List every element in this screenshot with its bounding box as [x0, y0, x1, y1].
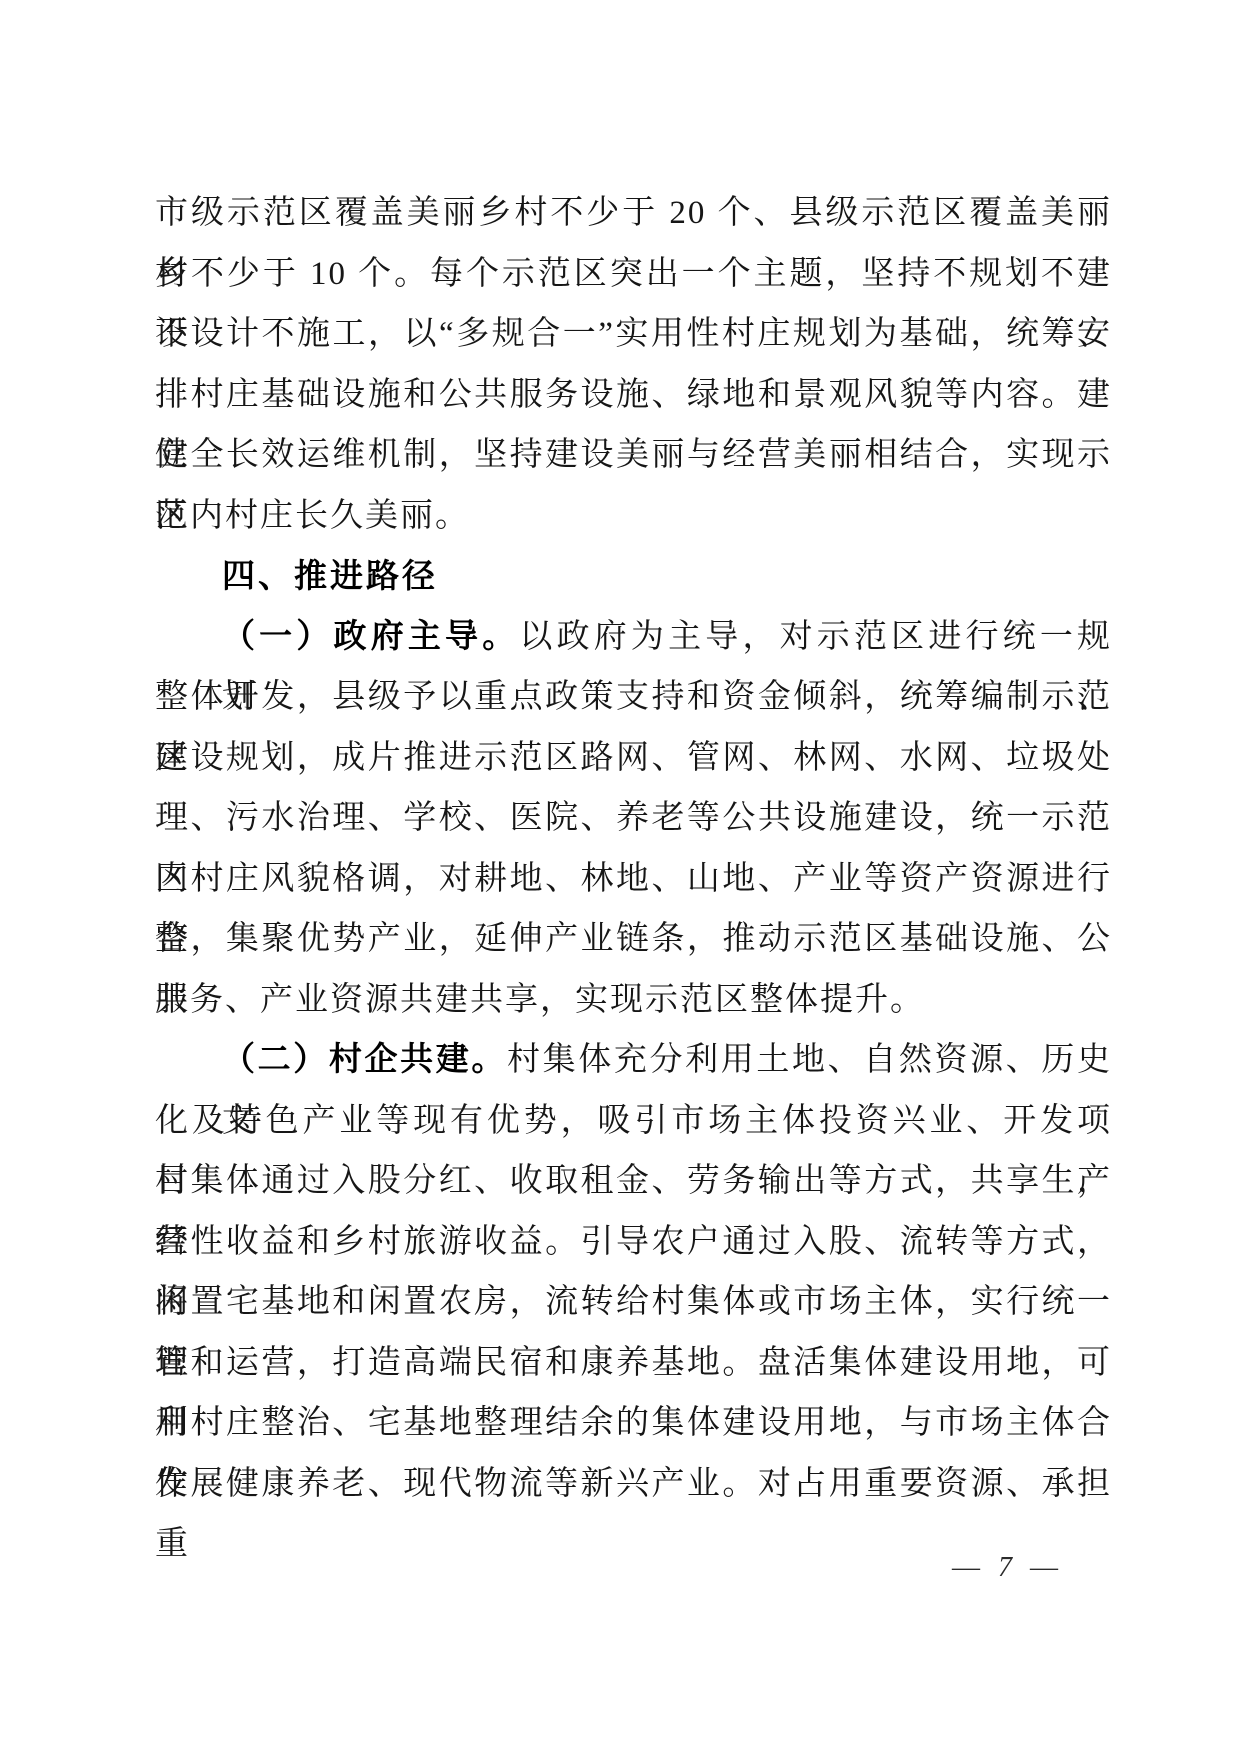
body-line: 区内村庄长久美丽。: [155, 486, 1112, 547]
page-number: 7: [998, 1550, 1012, 1586]
body-line: 排村庄基础设施和公共服务设施、绿地和景观风貌等内容。建立: [155, 365, 1112, 426]
body-line: 合，集聚优势产业，延伸产业链条，推动示范区基础设施、公共: [155, 909, 1112, 970]
body-line: 建设规划，成片推进示范区路网、管网、林网、水网、垃圾处: [155, 728, 1112, 789]
body-line: （二）村企共建。村集体充分利用土地、自然资源、历史文: [155, 1030, 1112, 1091]
body-line: （一）政府主导。以政府为主导，对示范区进行统一规划、: [155, 607, 1112, 668]
body-line: 内村庄风貌格调，对耕地、林地、山地、产业等资产资源进行整: [155, 849, 1112, 910]
para1-lead: （一）政府主导。: [222, 619, 519, 655]
body-line: 村不少于 10 个。每个示范区突出一个主题，坚持不规划不建设、: [155, 244, 1112, 305]
body-line: 发展健康养老、现代物流等新兴产业。对占用重要资源、承担重: [155, 1454, 1112, 1515]
body-line: 用村庄整治、宅基地整理结余的集体建设用地，与市场主体合作: [155, 1393, 1112, 1454]
para2-lead: （二）村企共建。: [222, 1042, 507, 1078]
body-line: 理、污水治理、学校、医院、养老等公共设施建设，统一示范区: [155, 788, 1112, 849]
body-line: 营性收益和乡村旅游收益。引导农户通过入股、流转等方式，将: [155, 1212, 1112, 1273]
footer-dash-right: —: [1030, 1550, 1058, 1586]
section-heading: 四、推进路径: [155, 546, 1112, 607]
page-footer: — 7 —: [930, 1550, 1080, 1586]
body-line: 市级示范区覆盖美丽乡村不少于 20 个、县级示范区覆盖美丽乡: [155, 183, 1112, 244]
body-line: 理和运营，打造高端民宿和康养基地。盘活集体建设用地，可利: [155, 1333, 1112, 1394]
body-line: 村集体通过入股分红、收取租金、劳务输出等方式，共享生产经: [155, 1151, 1112, 1212]
body-line: 整体开发，县级予以重点政策支持和资金倾斜，统筹编制示范区: [155, 667, 1112, 728]
body-line: 不设计不施工，以“多规合一”实用性村庄规划为基础，统筹安: [155, 304, 1112, 365]
body-line: 闲置宅基地和闲置农房，流转给村集体或市场主体，实行统一管: [155, 1272, 1112, 1333]
body-line: 化及特色产业等现有优势，吸引市场主体投资兴业、开发项目，: [155, 1091, 1112, 1152]
document-page: 市级示范区覆盖美丽乡村不少于 20 个、县级示范区覆盖美丽乡 村不少于 10 个…: [0, 0, 1240, 1754]
body-line: 健全长效运维机制，坚持建设美丽与经营美丽相结合，实现示范: [155, 425, 1112, 486]
footer-dash-left: —: [952, 1550, 980, 1586]
text-block: 市级示范区覆盖美丽乡村不少于 20 个、县级示范区覆盖美丽乡 村不少于 10 个…: [155, 183, 1112, 1514]
body-line: 服务、产业资源共建共享，实现示范区整体提升。: [155, 970, 1112, 1031]
